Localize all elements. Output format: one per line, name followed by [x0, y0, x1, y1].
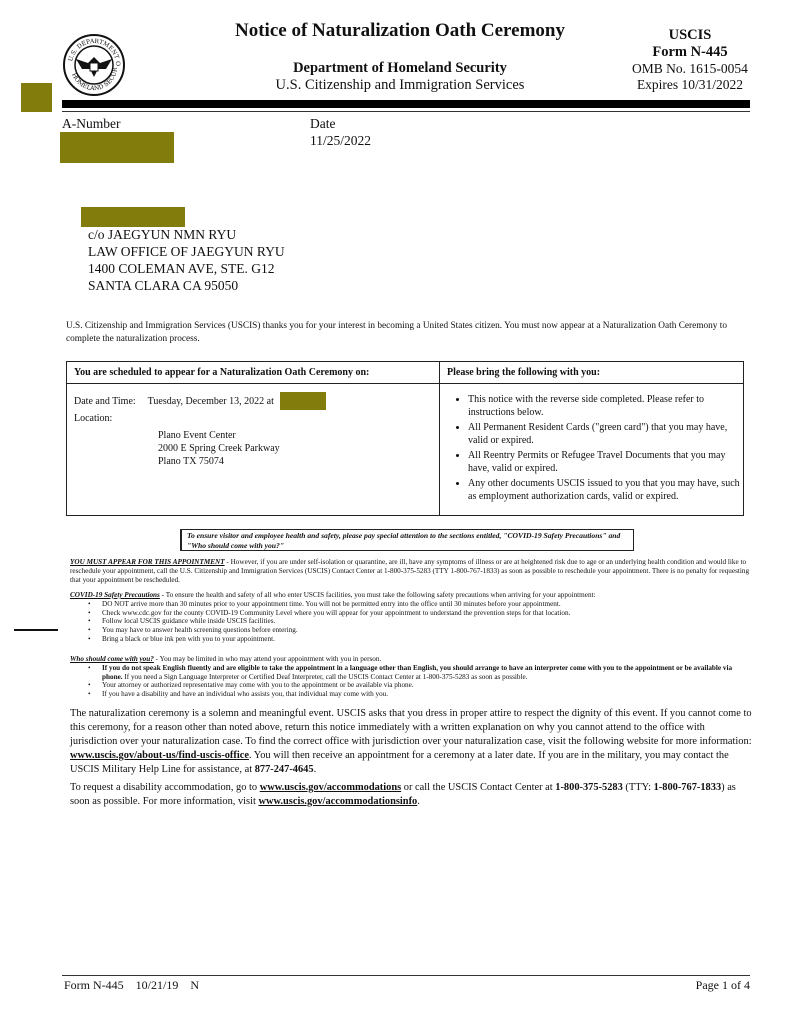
who-item-rest: If you need a Sign Language Interpreter … [123, 673, 528, 681]
header-rule-thick [62, 100, 750, 108]
bring-items-box: Please bring the following with you: Thi… [439, 361, 744, 516]
expiration-date: Expires 10/31/2022 [620, 77, 760, 93]
accommodations-link[interactable]: www.uscis.gov/accommodations [260, 782, 401, 793]
datetime-value: Tuesday, December 13, 2022 at [148, 395, 274, 408]
location-line: Plano TX 75074 [158, 455, 432, 468]
appointment-heading: You are scheduled to appear for a Natura… [67, 362, 439, 384]
appointment-box: You are scheduled to appear for a Natura… [66, 361, 440, 516]
ceremony-text: . [314, 764, 317, 775]
accommodation-text: or call the USCIS Contact Center at [401, 782, 555, 793]
covid-heading: COVID-19 Safety Precautions [70, 591, 160, 599]
ceremony-text: The naturalization ceremony is a solemn … [70, 708, 752, 747]
address-line: 1400 COLEMAN AVE, STE. G12 [88, 260, 285, 277]
covid-item: Bring a black or blue ink pen with you t… [102, 635, 750, 644]
contact-phone: 1-800-375-5283 [555, 782, 623, 793]
location-label: Location: [74, 412, 432, 425]
form-info-block: USCIS Form N-445 OMB No. 1615-0054 Expir… [620, 26, 760, 93]
who-section: Who should come with you? - You may be l… [70, 655, 750, 699]
tty-phone: 1-800-767-1833 [654, 782, 722, 793]
must-appear-section: YOU MUST APPEAR FOR THIS APPOINTMENT - H… [70, 558, 750, 584]
a-number-redacted [60, 132, 174, 163]
page-title: Notice of Naturalization Oath Ceremony [200, 20, 600, 42]
accommodations-info-link[interactable]: www.uscis.gov/accommodationsinfo [258, 796, 417, 807]
address-line: c/o JAEGYUN NMN RYU [88, 226, 285, 243]
margin-mark [14, 629, 58, 631]
find-office-link[interactable]: www.uscis.gov/about-us/find-uscis-office [70, 750, 249, 761]
intro-paragraph: U.S. Citizenship and Immigration Service… [66, 320, 756, 346]
bring-item: All Permanent Resident Cards ("green car… [468, 422, 743, 447]
military-phone: 877-247-4645 [255, 764, 314, 775]
date-value: 11/25/2022 [310, 133, 371, 149]
covid-item: Check www.cdc.gov for the county COVID-1… [102, 609, 750, 618]
address-line: LAW OFFICE OF JAEGYUN RYU [88, 243, 285, 260]
covid-item: DO NOT arrive more than 30 minutes prior… [102, 600, 750, 609]
recipient-address: c/o JAEGYUN NMN RYU LAW OFFICE OF JAEGYU… [88, 226, 285, 294]
form-number: Form N-445 [620, 44, 760, 61]
covid-item: You may have to answer health screening … [102, 626, 750, 635]
recipient-name-redacted [81, 207, 185, 227]
who-text: - You may be limited in who may attend y… [154, 655, 381, 663]
accommodation-text: . [417, 796, 420, 807]
bring-list: This notice with the reverse side comple… [440, 394, 743, 503]
covid-section: COVID-19 Safety Precautions - To ensure … [70, 591, 750, 644]
accommodation-paragraph: To request a disability accommodation, g… [70, 781, 752, 809]
date-label: Date [310, 116, 335, 132]
dhs-seal-icon: U.S. DEPARTMENT OF HOMELAND SECURITY [62, 33, 126, 97]
datetime-label: Date and Time: [74, 395, 136, 408]
time-redacted [280, 392, 326, 410]
bring-item: This notice with the reverse side comple… [468, 394, 743, 419]
who-heading: Who should come with you? [70, 655, 154, 663]
covid-notice-box: To ensure visitor and employee health an… [180, 529, 634, 551]
who-item: Your attorney or authorized representati… [102, 681, 750, 690]
address-line: SANTA CLARA CA 95050 [88, 277, 285, 294]
footer-page-number: Page 1 of 4 [600, 978, 750, 993]
covid-text: - To ensure the health and safety of all… [160, 591, 596, 599]
location-address: Plano Event Center 2000 E Spring Creek P… [158, 429, 432, 468]
a-number-label: A-Number [62, 116, 120, 132]
bring-item: Any other documents USCIS issued to you … [468, 478, 743, 503]
agency-name: U.S. Citizenship and Immigration Service… [230, 77, 570, 94]
location-line: 2000 E Spring Creek Parkway [158, 442, 432, 455]
must-appear-heading: YOU MUST APPEAR FOR THIS APPOINTMENT [70, 558, 225, 566]
ceremony-paragraph: The naturalization ceremony is a solemn … [70, 707, 752, 777]
who-item: If you have a disability and have an ind… [102, 690, 750, 699]
location-line: Plano Event Center [158, 429, 432, 442]
footer-rule [62, 975, 750, 976]
who-item: If you do not speak English fluently and… [102, 664, 750, 682]
accommodation-text: (TTY: [623, 782, 654, 793]
bring-item: All Reentry Permits or Refugee Travel Do… [468, 450, 743, 475]
footer-form-id: Form N-445 10/21/19 N [64, 978, 199, 993]
agency-short: USCIS [620, 26, 760, 44]
covid-item: Follow local USCIS guidance while inside… [102, 617, 750, 626]
redaction-block [21, 83, 52, 112]
bring-heading: Please bring the following with you: [440, 362, 743, 384]
department-name: Department of Homeland Security [230, 60, 570, 77]
accommodation-text: To request a disability accommodation, g… [70, 782, 260, 793]
omb-number: OMB No. 1615-0054 [620, 61, 760, 77]
header-rule-thin [62, 111, 750, 112]
